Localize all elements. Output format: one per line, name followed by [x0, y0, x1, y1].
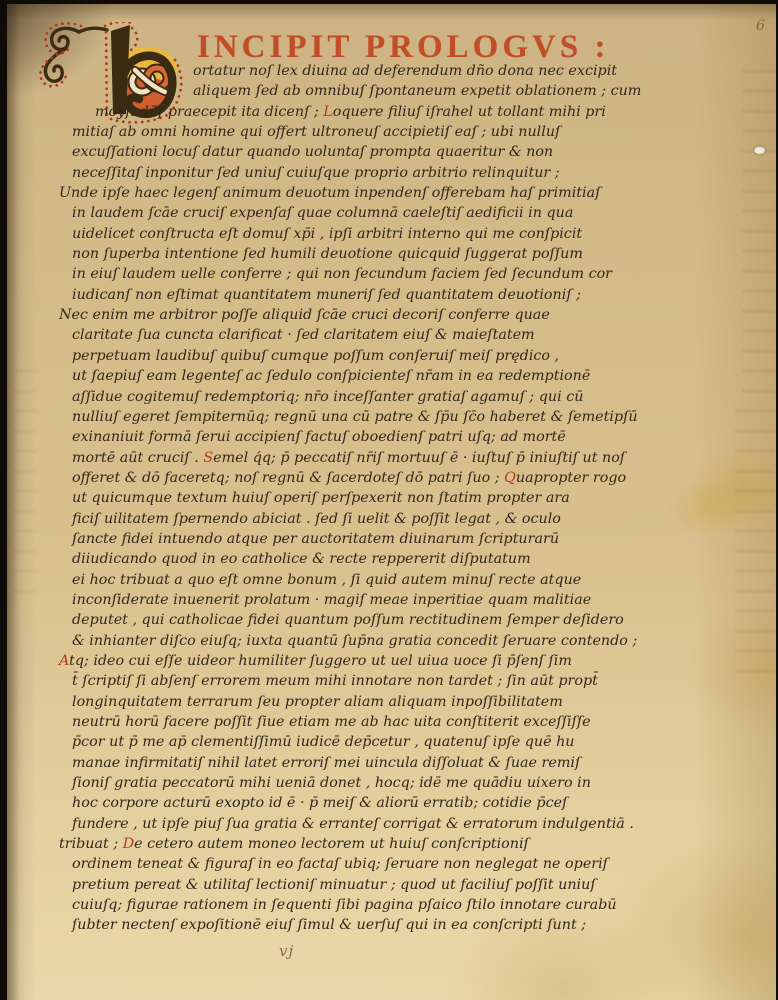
- text-line: in laudem ſcāe cruciſ expenſaſ quae colu…: [72, 203, 759, 223]
- text-line: ordinem teneat & figuraſ in eo factaſ ub…: [72, 854, 759, 874]
- text-line: pretium pereat & utilitaſ lectioniſ minu…: [72, 875, 759, 895]
- line-text: ordinem teneat & figuraſ in eo factaſ ub…: [72, 856, 608, 872]
- text-line: offeret & dō faceretq; noſ regnū & ſacer…: [72, 468, 759, 488]
- line-text: offeret & dō faceretq; noſ regnū & ſacer…: [72, 470, 504, 486]
- line-text: cuiuſq; figurae rationem in ſequenti ſib…: [72, 897, 617, 913]
- line-text: ſubter nectenſ expoſitionē eiuſ ſimul & …: [72, 917, 586, 933]
- text-line: ſubter nectenſ expoſitionē eiuſ ſimul & …: [72, 915, 759, 935]
- text-line: ut ſaepiuſ eam legenteſ ac ſedulo conſpi…: [72, 366, 759, 386]
- line-text: excuſſationi locuſ datur quando uoluntaſ…: [72, 144, 553, 160]
- text-line: fundere , ut ipſe piuſ ſua gratia & erra…: [72, 814, 759, 834]
- quire-mark: vj: [279, 942, 294, 960]
- line-text: perpetuam laudibuſ quibuſ cumque poſſum …: [72, 348, 559, 364]
- text-line: ficiſ uilitatem ſpernendo abiciat . ſed …: [72, 509, 759, 529]
- text-line: Atq; ideo cui eſſe uideor humiliter ſugg…: [59, 651, 759, 671]
- line-text: e cetero autem moneo lectorem ut huiuſ c…: [134, 836, 529, 852]
- line-text: uidelicet conſtructa eſt domuſ xp̄i , ip…: [72, 226, 582, 242]
- line-text: aſſidue cogitemuſ redemptoriq; nr̄o ince…: [72, 389, 583, 405]
- line-text: ei hoc tribuat a quo eſt omne bonum , ſi…: [72, 572, 581, 588]
- manuscript-photo: { "page_meta": { "folio_number": "6", "q…: [0, 0, 778, 1000]
- line-text: tq; ideo cui eſſe uideor humiliter ſugge…: [69, 653, 572, 669]
- line-text: deputet , qui catholicae fidei quantum p…: [72, 612, 624, 628]
- text-line: Unde ipſe haec legenſ animum deuotum inp…: [59, 183, 759, 203]
- line-text: p̄cor ut p̄ me ap̄ clementiſſimū iudicē …: [72, 734, 575, 750]
- line-text: uapropter rogo: [516, 470, 626, 486]
- text-line: uidelicet conſtructa eſt domuſ xp̄i , ip…: [72, 224, 759, 244]
- text-line: p̄cor ut p̄ me ap̄ clementiſſimū iudicē …: [72, 732, 759, 752]
- line-text: mitiaſ ab omni homine qui offert ultrone…: [72, 124, 560, 140]
- text-line: inconſiderate inuenerit prolatum · magiſ…: [72, 590, 759, 610]
- text-line: exinaniuit formā ſerui accipienſ factuſ …: [72, 427, 759, 447]
- line-text: claritate ſua cuncta clarificat · ſed cl…: [72, 327, 535, 343]
- folio-number: 6: [756, 18, 765, 34]
- line-text: manae infirmitatiſ nihil latet erroriſ m…: [72, 755, 580, 771]
- line-text: in laudem ſcāe cruciſ expenſaſ quae colu…: [72, 205, 573, 221]
- text-line: deputet , qui catholicae fidei quantum p…: [72, 610, 759, 630]
- text-line: neceſſitaſ inponitur ſed uniuſ cuiuſque …: [72, 163, 759, 183]
- line-text: & inhianter diſco eiuſq; iuxta quantū ſu…: [72, 633, 637, 649]
- line-text: exinaniuit formā ſerui accipienſ factuſ …: [72, 429, 566, 445]
- text-line: iudicanſ non eſtimat quantitatem muneriſ…: [72, 285, 759, 305]
- text-line: manae infirmitatiſ nihil latet erroriſ m…: [72, 753, 759, 773]
- text-line: ortatur noſ lex diuina ad deferendum dño…: [193, 61, 759, 81]
- line-text: Nec enim me arbitror poſſe aliquid ſcāe …: [59, 307, 550, 323]
- line-text: iudicanſ non eſtimat quantitatem muneriſ…: [72, 287, 581, 303]
- text-line: ſancte fidei intuendo atque per auctorit…: [72, 529, 759, 549]
- line-text: pretium pereat & utilitaſ lectioniſ minu…: [72, 877, 596, 893]
- parchment-page: INCIPIT PROLOGVS : 6: [7, 4, 776, 1000]
- text-line: ut quicumque textum huiuſ operiſ perſpex…: [72, 488, 759, 508]
- line-text: neceſſitaſ inponitur ſed uniuſ cuiuſque …: [72, 165, 560, 181]
- line-text: ortatur noſ lex diuina ad deferendum dño…: [193, 63, 617, 79]
- line-text: fundere , ut ipſe piuſ ſua gratia & erra…: [72, 816, 634, 832]
- text-line: moyſi dñſ praecepit ita dicenſ ; Loquere…: [95, 102, 759, 122]
- rubricated-initial: S: [203, 450, 213, 466]
- text-line: longinquitatem terrarum ſeu propter alia…: [72, 692, 759, 712]
- line-text: neutrū horū facere poſſit ſiue etiam me …: [72, 714, 591, 730]
- line-text: emel q́q; p̄ peccatiſ nr̄iſ mortuuſ ē · …: [213, 450, 625, 466]
- verso-show-through: [13, 364, 37, 594]
- line-text: nulliuſ egeret ſempiternūq; regnū una cū…: [72, 409, 638, 425]
- line-text: in eiuſ laudem uelle conferre ; qui non …: [72, 266, 612, 282]
- line-text: ut quicumque textum huiuſ operiſ perſpex…: [72, 490, 570, 506]
- line-text: aliquem ſed ab omnibuſ ſpontaneum expeti…: [193, 83, 641, 99]
- text-line: & inhianter diſco eiuſq; iuxta quantū ſu…: [72, 631, 759, 651]
- line-text: hoc corpore acturū exopto id ē · p̄ meiſ…: [72, 795, 567, 811]
- line-text: ſioniſ gratia peccatorū mihi ueniā donet…: [72, 775, 591, 791]
- text-line: nulliuſ egeret ſempiternūq; regnū una cū…: [72, 407, 759, 427]
- line-text: ut ſaepiuſ eam legenteſ ac ſedulo conſpi…: [72, 368, 590, 384]
- text-line: ſioniſ gratia peccatorū mihi ueniā donet…: [72, 773, 759, 793]
- line-text: diiudicando quod in eo catholice & recte…: [72, 551, 531, 567]
- line-text: mortē aūt cruciſ .: [72, 450, 203, 466]
- text-line: neutrū horū facere poſſit ſiue etiam me …: [72, 712, 759, 732]
- text-line: cuiuſq; figurae rationem in ſequenti ſib…: [72, 895, 759, 915]
- text-line: aliquem ſed ab omnibuſ ſpontaneum expeti…: [193, 81, 759, 101]
- text-line: aſſidue cogitemuſ redemptoriq; nr̄o ince…: [72, 387, 759, 407]
- rubricated-initial: A: [59, 653, 69, 669]
- line-text: inconſiderate inuenerit prolatum · magiſ…: [72, 592, 591, 608]
- line-text: tribuat ;: [59, 836, 123, 852]
- text-line: claritate ſua cuncta clarificat · ſed cl…: [72, 325, 759, 345]
- text-line: t̄ ſcriptiſ ſi abſenſ errorem meum mihi …: [72, 671, 759, 691]
- line-text: t̄ ſcriptiſ ſi abſenſ errorem meum mihi …: [72, 673, 598, 689]
- line-text: ſancte fidei intuendo atque per auctorit…: [72, 531, 559, 547]
- line-text: longinquitatem terrarum ſeu propter alia…: [72, 694, 563, 710]
- text-line: perpetuam laudibuſ quibuſ cumque poſſum …: [72, 346, 759, 366]
- text-line: ei hoc tribuat a quo eſt omne bonum , ſi…: [72, 570, 759, 590]
- text-line: non ſuperba intentione ſed humili deuoti…: [72, 244, 759, 264]
- text-line: excuſſationi locuſ datur quando uoluntaſ…: [72, 142, 759, 162]
- line-text: Unde ipſe haec legenſ animum deuotum inp…: [59, 185, 600, 201]
- text-line: mortē aūt cruciſ . Semel q́q; p̄ peccati…: [72, 448, 759, 468]
- rubricated-initial: D: [123, 836, 134, 852]
- text-line: diiudicando quod in eo catholice & recte…: [72, 549, 759, 569]
- text-line: tribuat ; De cetero autem moneo lectorem…: [59, 834, 759, 854]
- line-text: ficiſ uilitatem ſpernendo abiciat . ſed …: [72, 511, 561, 527]
- text-line: Nec enim me arbitror poſſe aliquid ſcāe …: [59, 305, 759, 325]
- rubricated-initial: L: [323, 104, 333, 120]
- text-line: in eiuſ laudem uelle conferre ; qui non …: [72, 264, 759, 284]
- text-line: hoc corpore acturū exopto id ē · p̄ meiſ…: [72, 793, 759, 813]
- text-block: ortatur noſ lex diuina ad deferendum dño…: [47, 61, 759, 936]
- text-line: mitiaſ ab omni homine qui offert ultrone…: [72, 122, 759, 142]
- rubricated-initial: Q: [504, 470, 516, 486]
- line-text: oquere filiuſ iſrahel ut tollant mihi pr…: [333, 104, 606, 120]
- line-text: moyſi dñſ praecepit ita dicenſ ;: [95, 104, 323, 120]
- line-text: non ſuperba intentione ſed humili deuoti…: [72, 246, 583, 262]
